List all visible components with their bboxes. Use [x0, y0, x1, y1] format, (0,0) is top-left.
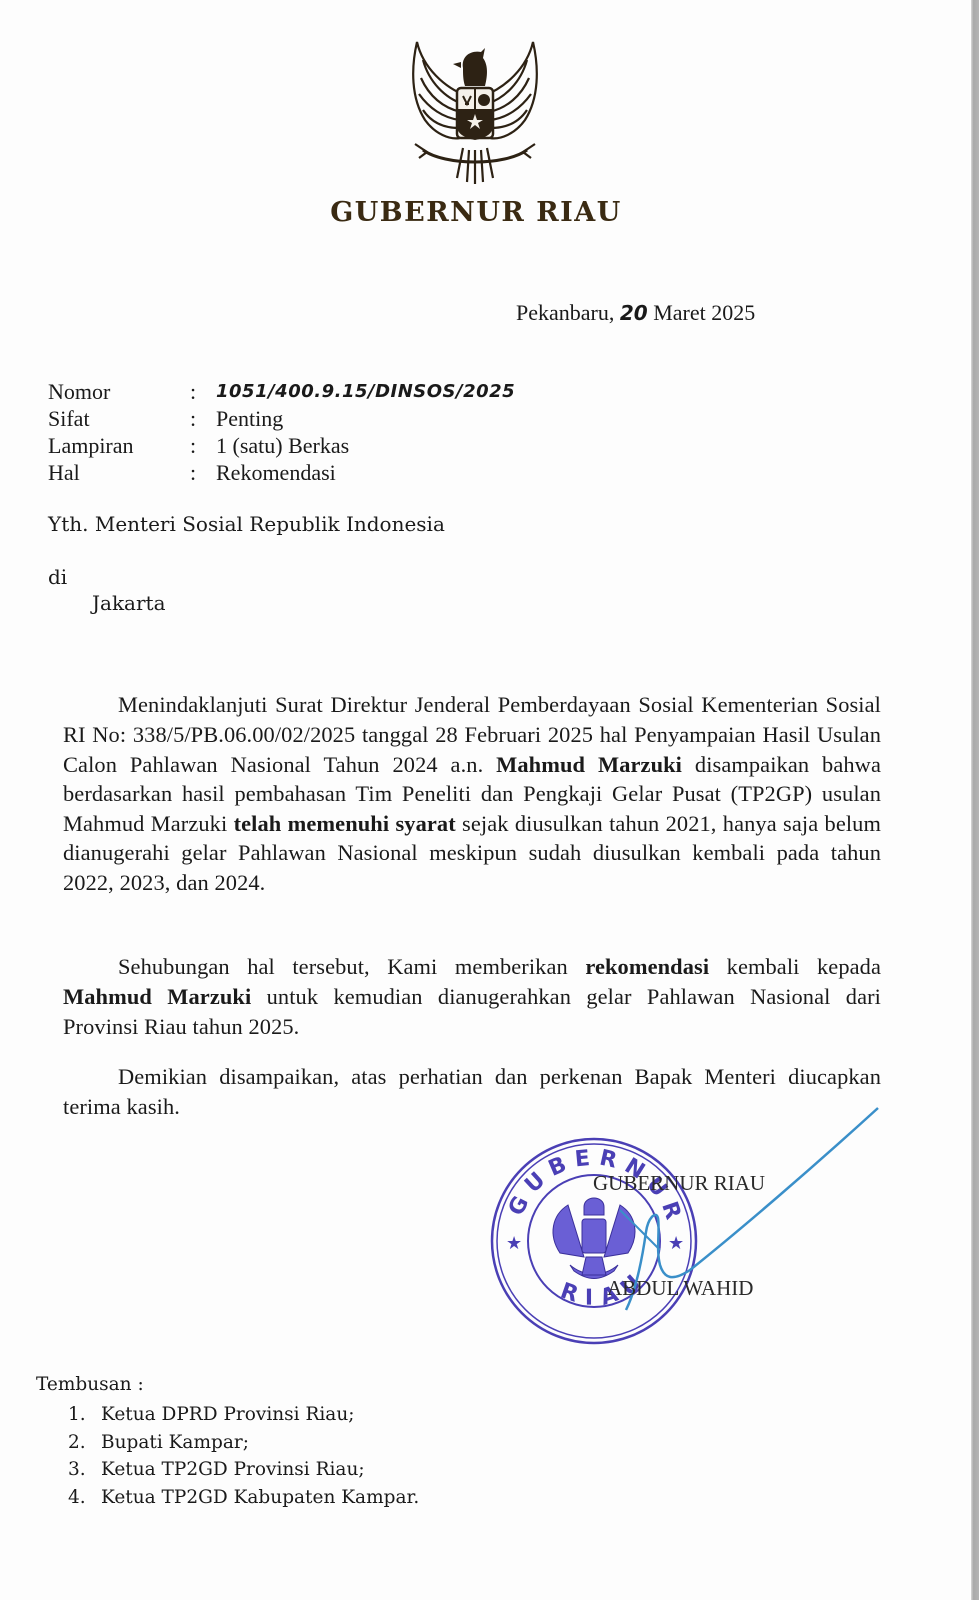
body-paragraph-1: Menindaklanjuti Surat Direktur Jenderal … [63, 690, 881, 897]
meta-colon: : [190, 459, 216, 486]
letter-meta: Nomor : 1051/400.9.15/DINSOS/2025 Sifat … [48, 378, 515, 486]
meta-colon: : [190, 432, 216, 459]
meta-value-lampiran: 1 (satu) Berkas [216, 432, 349, 459]
meta-value-hal: Rekomendasi [216, 459, 336, 486]
item-text: Ketua TP2GD Provinsi Riau; [101, 1456, 365, 1484]
list-item: 1.Ketua DPRD Provinsi Riau; [68, 1401, 419, 1429]
meta-value-nomor: 1051/400.9.15/DINSOS/2025 [216, 378, 515, 405]
month-year: Maret 2025 [653, 300, 755, 325]
garuda-emblem-icon [405, 38, 545, 186]
meta-colon: : [190, 378, 216, 405]
signatory-title: GUBERNUR RIAU [593, 1171, 765, 1196]
place: Pekanbaru, [516, 300, 614, 325]
meta-label: Nomor [48, 378, 190, 405]
tembusan-list: 1.Ketua DPRD Provinsi Riau; 2.Bupati Kam… [68, 1401, 419, 1511]
bold-name: Mahmud Marzuki [496, 752, 682, 777]
item-number: 3. [68, 1456, 101, 1484]
item-text: Ketua TP2GD Kabupaten Kampar. [101, 1484, 419, 1512]
place-date: Pekanbaru, 20 Maret 2025 [516, 300, 755, 326]
meta-value-sifat: Penting [216, 405, 283, 432]
meta-label: Sifat [48, 405, 190, 432]
list-item: 4.Ketua TP2GD Kabupaten Kampar. [68, 1484, 419, 1512]
meta-row-nomor: Nomor : 1051/400.9.15/DINSOS/2025 [48, 378, 515, 405]
meta-row-hal: Hal : Rekomendasi [48, 459, 515, 486]
body-paragraph-2: Sehubungan hal tersebut, Kami memberikan… [63, 952, 881, 1041]
item-text: Bupati Kampar; [101, 1429, 249, 1457]
recipient-di: di [48, 565, 67, 589]
text: kembali kepada [709, 954, 881, 979]
recipient: Yth. Menteri Sosial Republik Indonesia [48, 512, 445, 536]
bold-phrase: rekomendasi [585, 954, 709, 979]
meta-row-sifat: Sifat : Penting [48, 405, 515, 432]
item-number: 1. [68, 1401, 101, 1429]
list-item: 3.Ketua TP2GD Provinsi Riau; [68, 1456, 419, 1484]
handwritten-day: 20 [620, 301, 648, 325]
svg-text:★: ★ [506, 1233, 522, 1254]
meta-row-lampiran: Lampiran : 1 (satu) Berkas [48, 432, 515, 459]
meta-label: Lampiran [48, 432, 190, 459]
item-number: 2. [68, 1429, 101, 1457]
list-item: 2.Bupati Kampar; [68, 1429, 419, 1457]
text: Sehubungan hal tersebut, Kami memberikan [118, 954, 585, 979]
meta-colon: : [190, 405, 216, 432]
letterhead-title: GUBERNUR RIAU [0, 197, 952, 228]
bold-name: Mahmud Marzuki [63, 984, 251, 1009]
bold-phrase: telah memenuhi syarat [234, 811, 456, 836]
signatory-name: ABDUL WAHID [607, 1276, 753, 1301]
tembusan-title: Tembusan : [36, 1374, 144, 1395]
recipient-city: Jakarta [92, 591, 166, 615]
item-text: Ketua DPRD Provinsi Riau; [101, 1401, 354, 1429]
item-number: 4. [68, 1484, 101, 1512]
page-edge-shadow [971, 0, 979, 1600]
meta-label: Hal [48, 459, 190, 486]
